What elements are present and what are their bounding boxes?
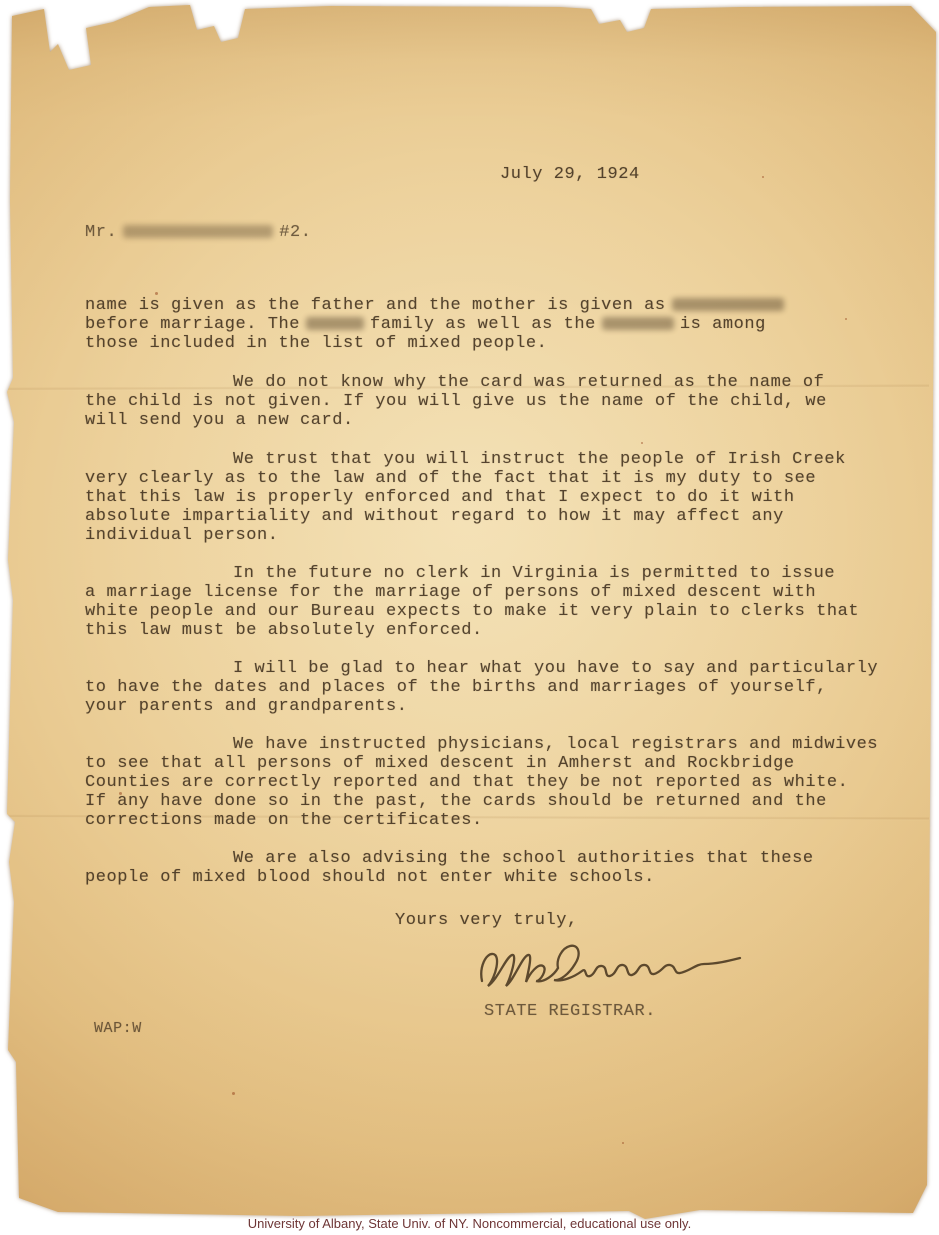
closing-salutation: Yours very truly, bbox=[395, 911, 578, 930]
signer-title: STATE REGISTRAR. bbox=[484, 1002, 656, 1021]
redacted-mother-name bbox=[672, 298, 784, 311]
redacted-family-name-2 bbox=[602, 317, 674, 330]
archive-caption: University of Albany, State Univ. of NY.… bbox=[0, 1216, 939, 1231]
redacted-addressee-name bbox=[123, 225, 273, 238]
letter-date: July 29, 1924 bbox=[500, 165, 640, 184]
paragraph-1: name is given as the father and the moth… bbox=[85, 296, 895, 353]
paragraph-2: We do not know why the card was returned… bbox=[85, 373, 895, 430]
redacted-family-name-1 bbox=[306, 317, 364, 330]
typist-initials: WAP:W bbox=[94, 1019, 142, 1038]
addressee-prefix: Mr. bbox=[85, 223, 117, 242]
paragraph-7: We are also advising the school authorit… bbox=[85, 849, 895, 887]
paragraph-6: We have instructed physicians, local reg… bbox=[85, 735, 895, 830]
paragraph-3: We trust that you will instruct the peop… bbox=[85, 450, 895, 545]
letter-page: July 29, 1924 Mr.#2. name is given as th… bbox=[0, 0, 939, 1221]
addressee-line: Mr.#2. bbox=[85, 223, 312, 242]
addressee-suffix: #2. bbox=[279, 223, 311, 242]
paragraph-4: In the future no clerk in Virginia is pe… bbox=[85, 564, 895, 640]
signature-handwriting bbox=[476, 933, 748, 997]
letter-page-wrap: July 29, 1924 Mr.#2. name is given as th… bbox=[0, 0, 939, 1235]
scan-background: July 29, 1924 Mr.#2. name is given as th… bbox=[0, 0, 939, 1235]
paragraph-5: I will be glad to hear what you have to … bbox=[85, 659, 895, 716]
